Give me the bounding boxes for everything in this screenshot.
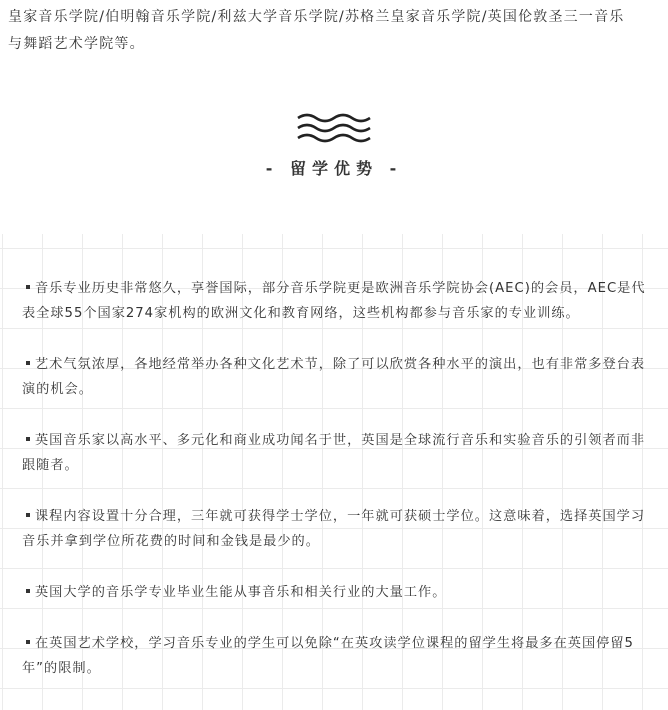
waves-icon <box>296 112 372 144</box>
advantage-item: 英国大学的音乐学专业毕业生能从事音乐和相关行业的大量工作。 <box>22 580 654 605</box>
intro-paragraph: 皇家音乐学院/伯明翰音乐学院/利兹大学音乐学院/苏格兰皇家音乐学院/英国伦敦圣三… <box>8 4 668 58</box>
advantage-item: 英国音乐家以高水平、多元化和商业成功闻名于世，英国是全球流行音乐和实验音乐的引领… <box>22 428 654 478</box>
bullet-icon <box>26 589 30 593</box>
intro-line-2: 与舞蹈艺术学院等。 <box>8 31 668 58</box>
advantage-text: 音乐专业历史非常悠久，享誉国际，部分音乐学院更是欧洲音乐学院协会(AEC)的会员… <box>22 281 646 321</box>
bullet-icon <box>26 437 30 441</box>
intro-line-1: 皇家音乐学院/伯明翰音乐学院/利兹大学音乐学院/苏格兰皇家音乐学院/英国伦敦圣三… <box>8 4 668 31</box>
section-title: - 留学优势 - <box>0 156 668 179</box>
advantage-item: 音乐专业历史非常悠久，享誉国际，部分音乐学院更是欧洲音乐学院协会(AEC)的会员… <box>22 276 654 326</box>
advantage-text: 艺术气氛浓厚，各地经常举办各种文化艺术节，除了可以欣赏各种水平的演出，也有非常多… <box>22 357 645 397</box>
section-header: - 留学优势 - <box>0 112 668 179</box>
advantage-text: 在英国艺术学校，学习音乐专业的学生可以免除“在英攻读学位课程的留学生将最多在英国… <box>22 636 634 676</box>
advantages-list: 音乐专业历史非常悠久，享誉国际，部分音乐学院更是欧洲音乐学院协会(AEC)的会员… <box>22 276 654 707</box>
bullet-icon <box>26 513 30 517</box>
bullet-icon <box>26 285 30 289</box>
advantage-text: 课程内容设置十分合理，三年就可获得学士学位，一年就可获硕士学位。这意味着，选择英… <box>22 509 645 549</box>
advantage-item: 课程内容设置十分合理，三年就可获得学士学位，一年就可获硕士学位。这意味着，选择英… <box>22 504 654 554</box>
advantage-text: 英国大学的音乐学专业毕业生能从事音乐和相关行业的大量工作。 <box>35 585 446 600</box>
advantage-item: 在英国艺术学校，学习音乐专业的学生可以免除“在英攻读学位课程的留学生将最多在英国… <box>22 631 654 681</box>
advantage-item: 艺术气氛浓厚，各地经常举办各种文化艺术节，除了可以欣赏各种水平的演出，也有非常多… <box>22 352 654 402</box>
bullet-icon <box>26 361 30 365</box>
bullet-icon <box>26 640 30 644</box>
advantage-text: 英国音乐家以高水平、多元化和商业成功闻名于世，英国是全球流行音乐和实验音乐的引领… <box>22 433 645 473</box>
